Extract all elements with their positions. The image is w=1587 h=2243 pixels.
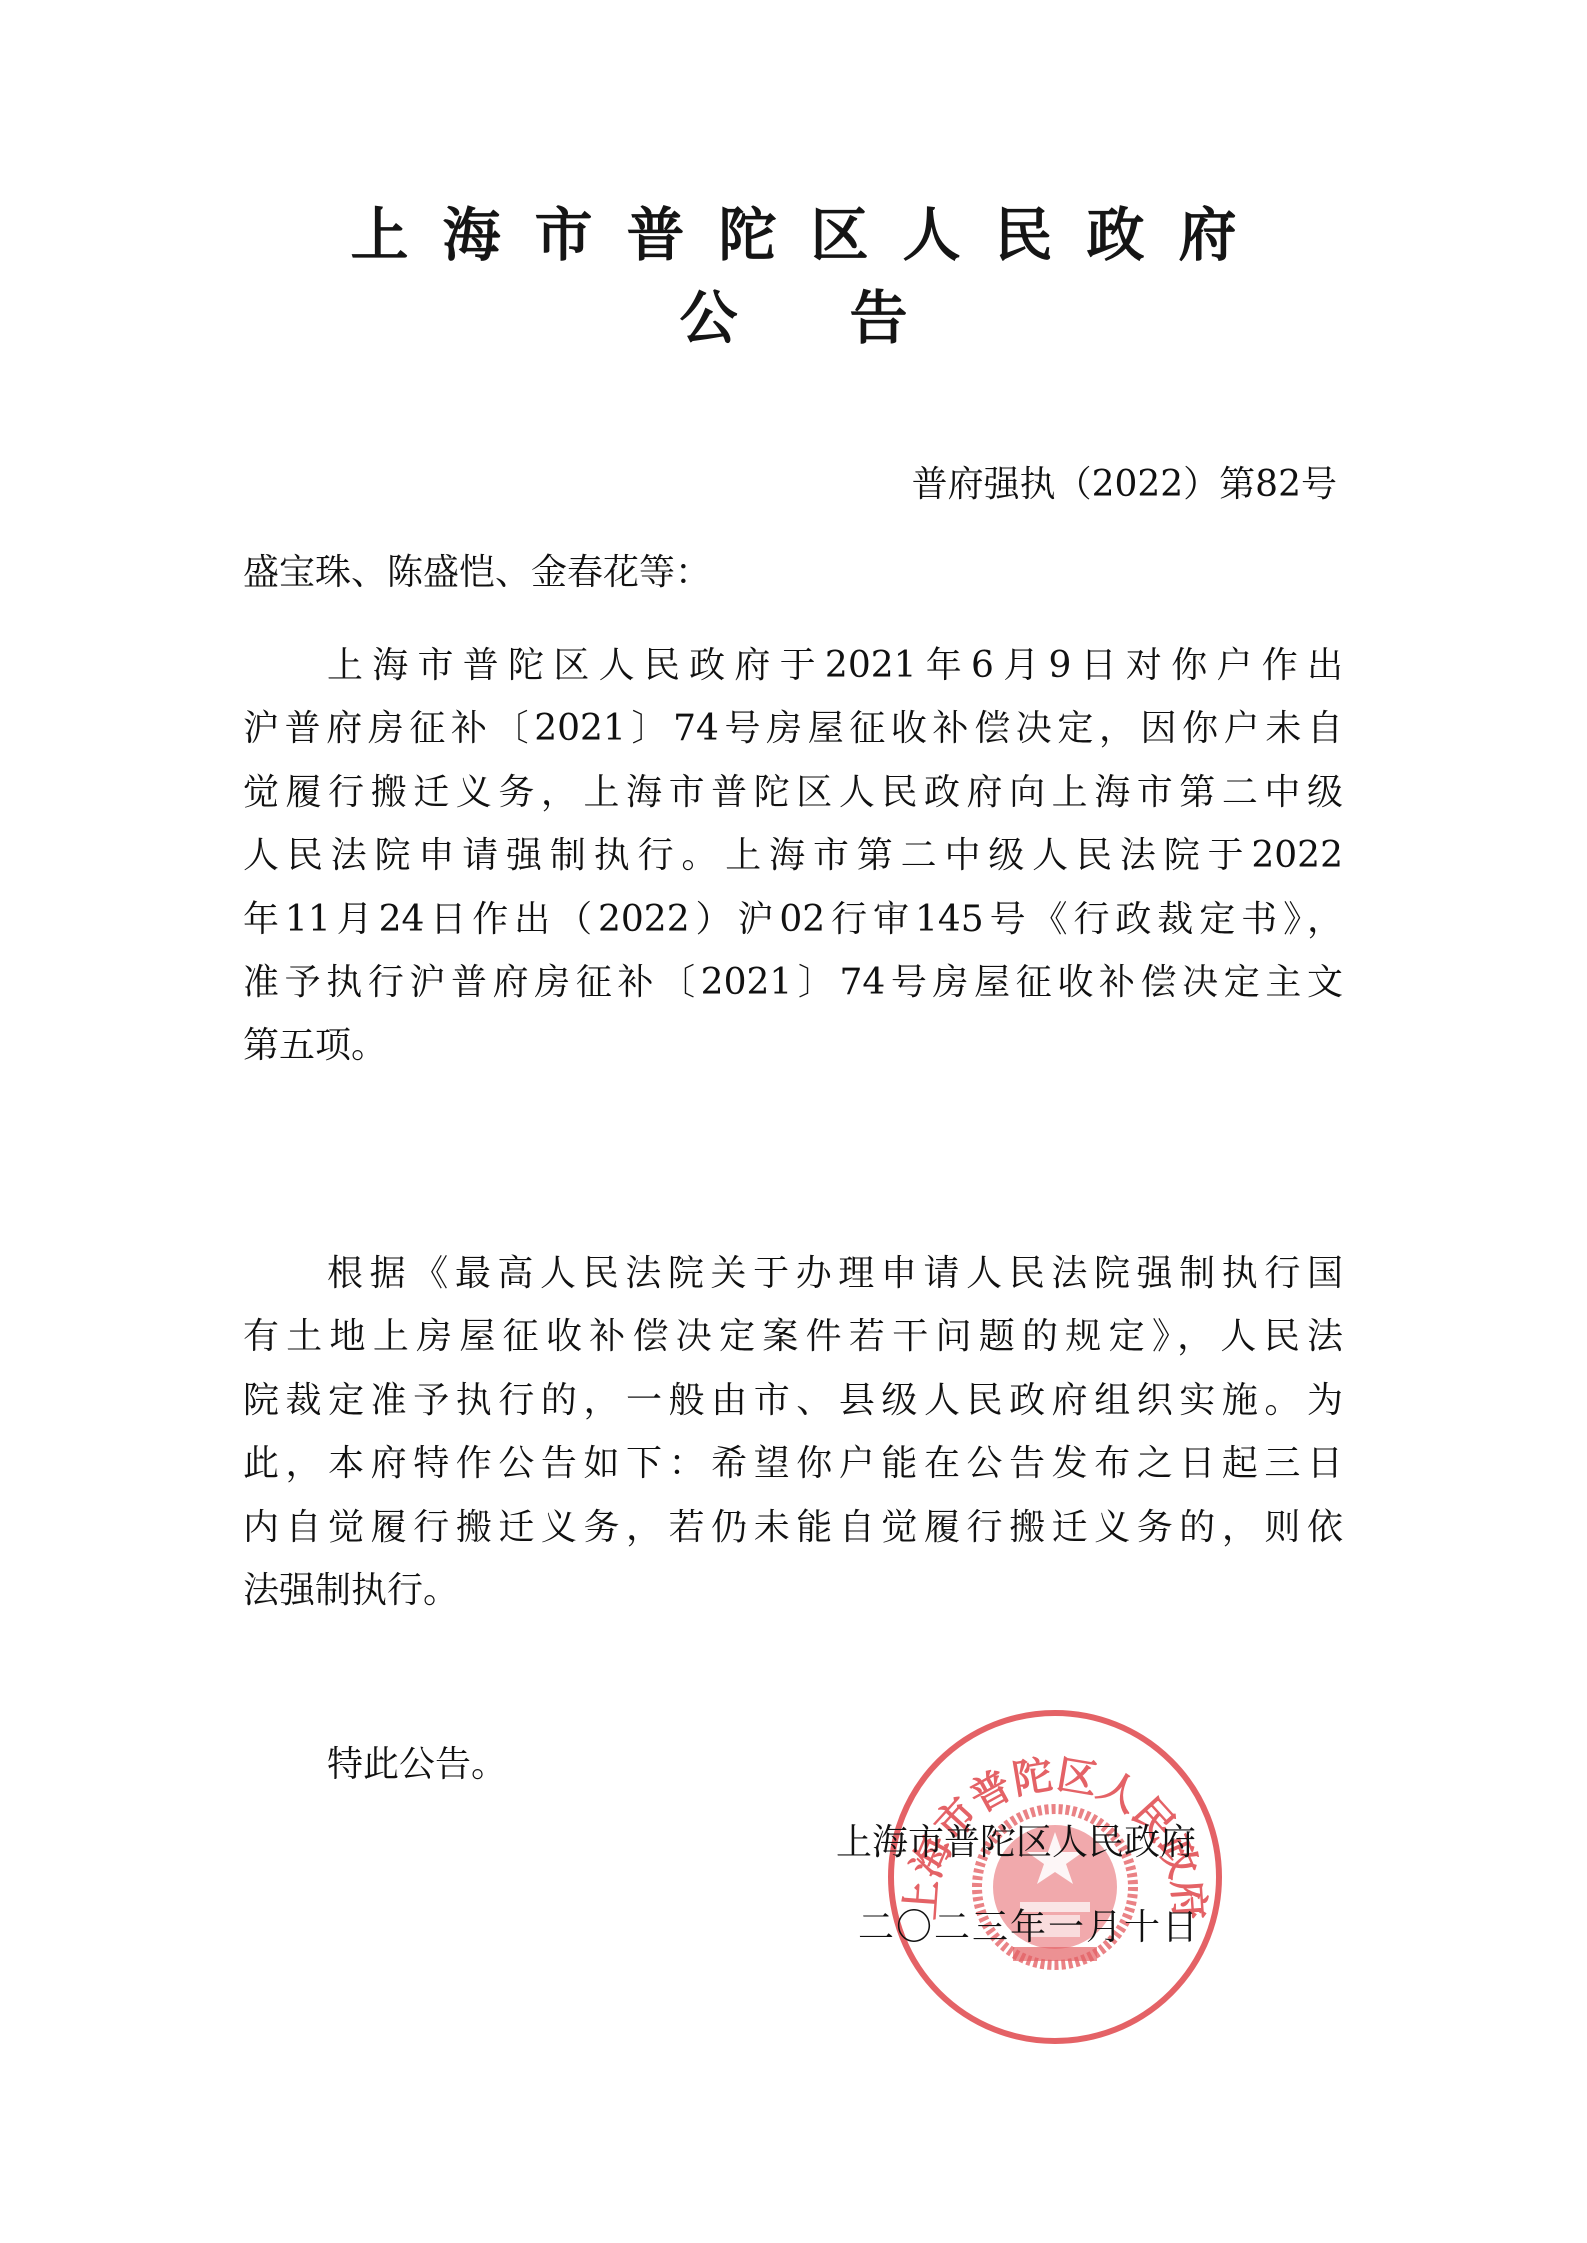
addressee: 盛宝珠、陈盛恺、金春花等： (243, 548, 711, 598)
text-line: 觉履行搬迁义务，上海市普陀区人民政府向上海市第二中级 (243, 761, 1343, 824)
text-line: 第五项。 (243, 1014, 1343, 1077)
official-seal-icon: 上海市普陀区人民政府 (885, 1707, 1225, 2047)
document-number: 普府强执（2022）第82号 (912, 460, 1337, 510)
text-line: 有土地上房屋征收补偿决定案件若干问题的规定》，人民法 (243, 1305, 1343, 1368)
text-line: 年11月24日作出（2022）沪02行审145号《行政裁定书》， (243, 888, 1343, 951)
text-line: 准予执行沪普府房征补〔2021〕74号房屋征收补偿决定主文 (243, 951, 1343, 1014)
document-type-title: 公告 (0, 283, 1587, 353)
text-line: 人民法院申请强制执行。上海市第二中级人民法院于2022 (243, 824, 1343, 887)
text-line: 沪普府房征补〔2021〕74号房屋征收补偿决定，因你户未自 (243, 697, 1343, 760)
text-line: 根据《最高人民法院关于办理申请人民法院强制执行国 (243, 1242, 1343, 1305)
text-line: 上海市普陀区人民政府于2021年6月9日对你户作出 (243, 634, 1343, 697)
document-page: 上海市普陀区人民政府 公告 普府强执（2022）第82号 盛宝珠、陈盛恺、金春花… (0, 0, 1587, 2243)
text-line: 院裁定准予执行的，一般由市、县级人民政府组织实施。为 (243, 1369, 1343, 1432)
issuer-title: 上海市普陀区人民政府 (0, 200, 1587, 270)
text-line: 内自觉履行搬迁义务，若仍未能自觉履行搬迁义务的，则依 (243, 1496, 1343, 1559)
body-paragraph-1: 上海市普陀区人民政府于2021年6月9日对你户作出 沪普府房征补〔2021〕74… (243, 634, 1343, 1078)
issue-date: 二〇二三年一月十日 (858, 1903, 1200, 1953)
text-line: 法强制执行。 (243, 1559, 1343, 1622)
issuer-signature: 上海市普陀区人民政府 (836, 1818, 1196, 1868)
closing-statement: 特此公告。 (327, 1740, 507, 1790)
body-paragraph-2: 根据《最高人民法院关于办理申请人民法院强制执行国 有土地上房屋征收补偿决定案件若… (243, 1242, 1343, 1622)
text-line: 此，本府特作公告如下：希望你户能在公告发布之日起三日 (243, 1432, 1343, 1495)
